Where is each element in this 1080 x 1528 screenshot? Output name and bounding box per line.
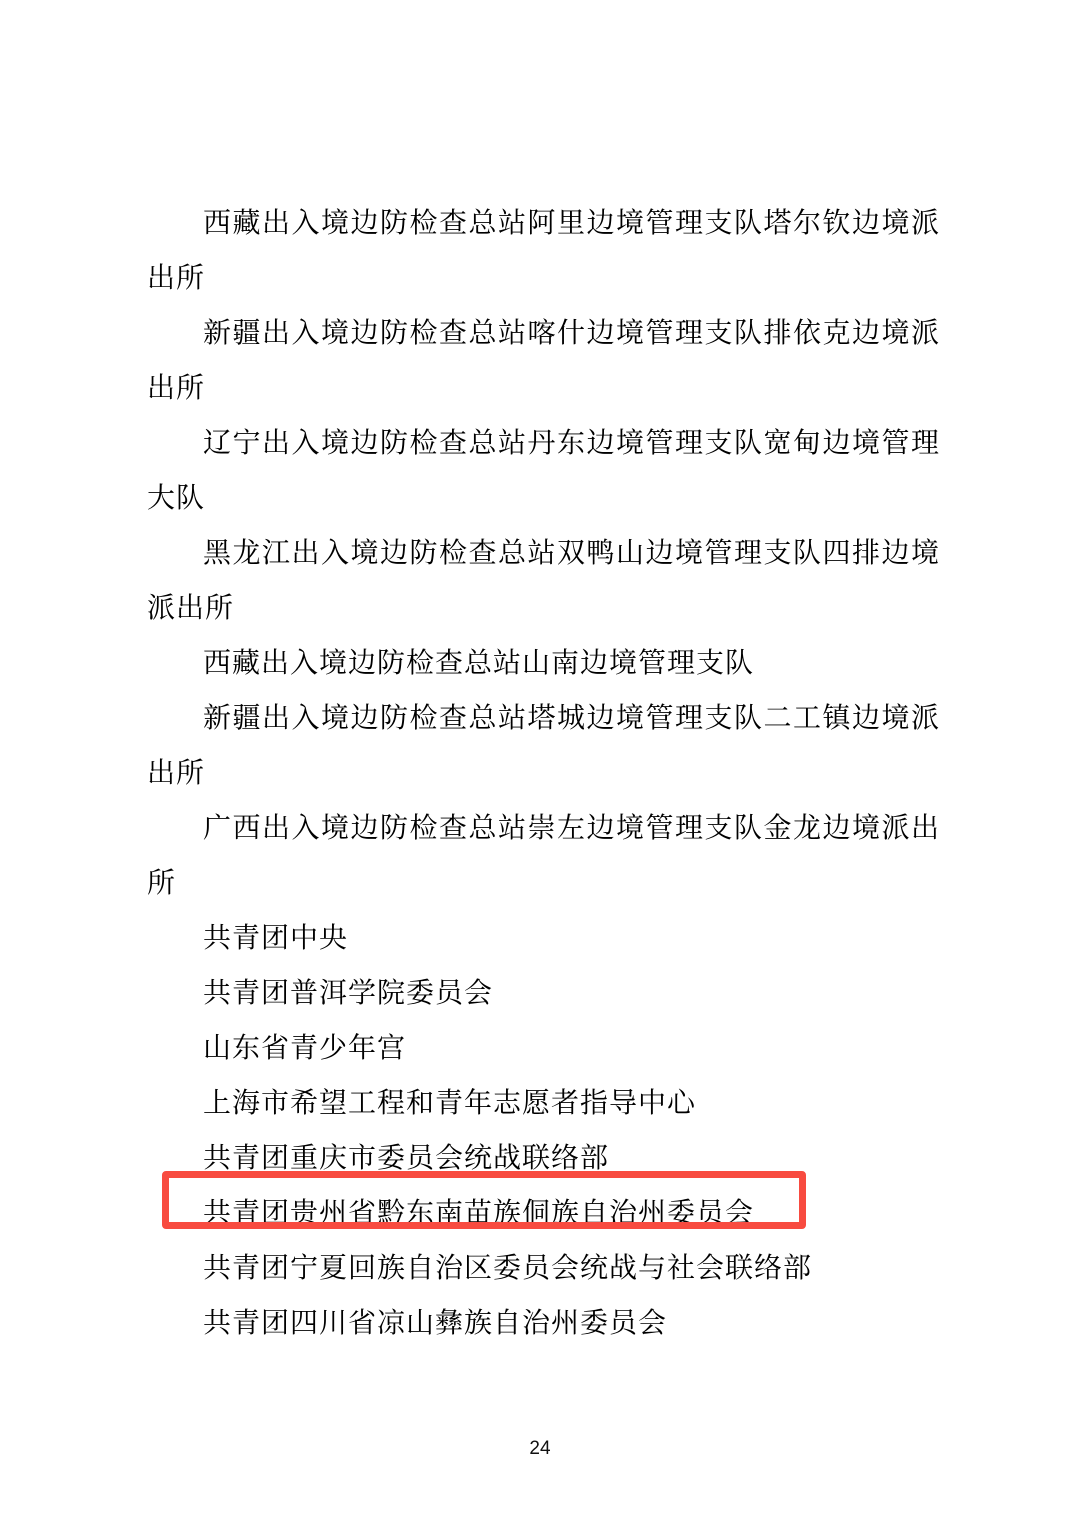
list-item: 西藏出入境边防检查总站阿里边境管理支队塔尔钦边境派出所 [147,195,940,305]
list-item: 共青团宁夏回族自治区委员会统战与社会联络部 [147,1240,940,1295]
list-item: 辽宁出入境边防检查总站丹东边境管理支队宽甸边境管理大队 [147,415,940,525]
list-item: 新疆出入境边防检查总站喀什边境管理支队排依克边境派出所 [147,305,940,415]
list-item: 山东省青少年宫 [147,1020,940,1075]
list-item: 上海市希望工程和青年志愿者指导中心 [147,1075,940,1130]
list-item-highlighted: 共青团贵州省黔东南苗族侗族自治州委员会 [147,1185,940,1240]
list-item: 共青团中央 [147,910,940,965]
list-item: 黑龙江出入境边防检查总站双鸭山边境管理支队四排边境派出所 [147,525,940,635]
list-item: 西藏出入境边防检查总站山南边境管理支队 [147,635,940,690]
award-recipient-list: 西藏出入境边防检查总站阿里边境管理支队塔尔钦边境派出所 新疆出入境边防检查总站喀… [147,195,940,1350]
document-page: 西藏出入境边防检查总站阿里边境管理支队塔尔钦边境派出所 新疆出入境边防检查总站喀… [0,0,1080,1528]
list-item: 共青团重庆市委员会统战联络部 [147,1130,940,1185]
list-item: 共青团普洱学院委员会 [147,965,940,1020]
list-item: 新疆出入境边防检查总站塔城边境管理支队二工镇边境派出所 [147,690,940,800]
page-number: 24 [0,1438,1080,1460]
list-item: 共青团四川省凉山彝族自治州委员会 [147,1295,940,1350]
list-item: 广西出入境边防检查总站崇左边境管理支队金龙边境派出所 [147,800,940,910]
